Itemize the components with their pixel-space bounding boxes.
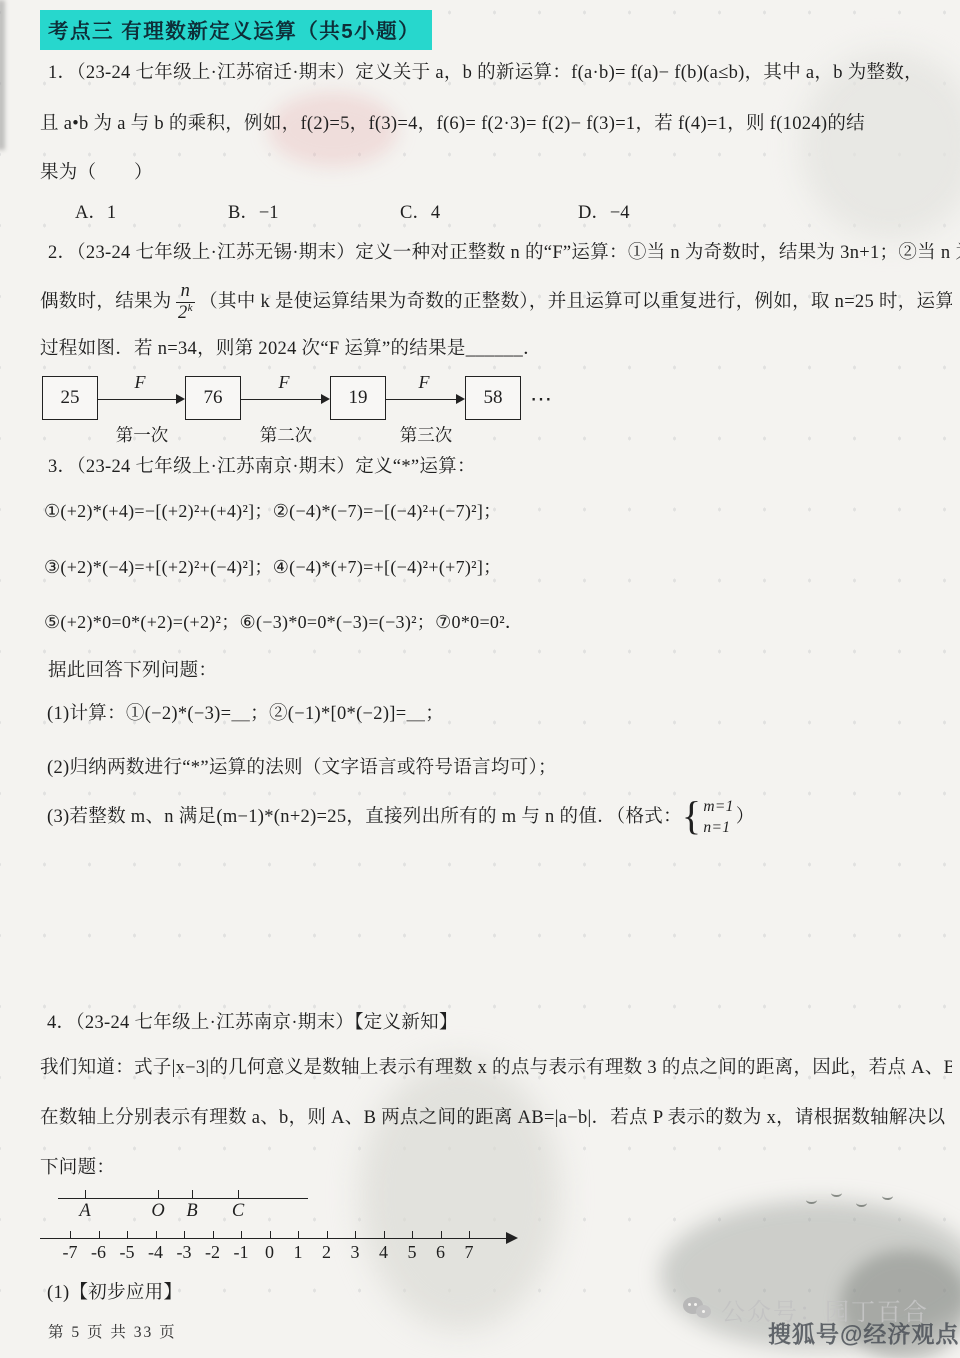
axis-tick-label: 0: [255, 1242, 285, 1263]
option-value: −1: [259, 203, 279, 223]
number-line-arrowhead: [506, 1232, 518, 1244]
q1-line3: 果为（ ）: [40, 162, 952, 185]
axis-tick: [298, 1231, 299, 1239]
axis-tick-label: B: [180, 1201, 204, 1222]
q2-line2: 偶数时，结果为 n 2k （其中 k 是使运算结果为奇数的正整数），并且运算可以…: [40, 280, 952, 326]
segment-base-line: [58, 1198, 308, 1199]
axis-tick-label: 7: [454, 1242, 484, 1263]
axis-tick-label: 3: [340, 1242, 370, 1263]
flow-caption-2: 第二次: [246, 422, 326, 447]
axis-tick: [270, 1231, 271, 1239]
wechat-icon: [683, 1297, 713, 1323]
axis-tick: [384, 1231, 385, 1239]
q2-line3: 过程如图．若 n=34，则第 2024 次“F 运算”的结果是______．: [40, 338, 952, 361]
axis-tick: [158, 1190, 159, 1199]
option-value: 1: [107, 203, 116, 223]
axis-tick: [213, 1231, 214, 1239]
q3-formula-2: ③(+2)*(−4)=+[(+2)²+(−4)²]；④(−4)*(+7)=+[(…: [44, 556, 956, 579]
q1-line1: 1．（23-24 七年级上·江苏宿迁·期末）定义关于 a，b 的新运算：f(a·…: [48, 62, 960, 85]
axis-tick: [469, 1231, 470, 1239]
axis-tick-label: -7: [55, 1242, 85, 1263]
axis-tick-label: -5: [112, 1242, 142, 1263]
axis-tick-label: O: [146, 1201, 170, 1222]
axis-tick-label: A: [73, 1201, 97, 1222]
axis-tick-label: 2: [312, 1242, 342, 1263]
fraction-n-over-2k: n 2k: [176, 282, 196, 324]
q3-prompt: 据此回答下列问题：: [48, 660, 960, 683]
option-label: B．: [228, 203, 259, 223]
q4-header: 4．（23-24 七年级上·江苏南京·期末）【定义新知】: [47, 1012, 959, 1035]
axis-tick: [441, 1231, 442, 1239]
flow-arrow-1: [98, 399, 183, 400]
q4-line1: 我们知道：式子|x−3|的几何意义是数轴上表示有理数 x 的点与表示有理数 3 …: [40, 1057, 952, 1080]
q3-part3-close: ）: [736, 806, 755, 829]
brace-open: {: [682, 798, 702, 834]
q1-line2: 且 a•b 为 a 与 b 的乘积，例如，f(2)=5，f(3)=4，f(6)=…: [40, 113, 952, 136]
flow-arrow-label-1: F: [130, 372, 150, 393]
scan-edge-shadow: [0, 0, 5, 150]
axis-tick: [85, 1190, 86, 1199]
fraction-numerator: n: [176, 282, 196, 303]
flow-box-3: 19: [330, 376, 386, 420]
axis-tick: [327, 1231, 328, 1239]
q2-line2-post: （其中 k 是使运算结果为奇数的正整数），并且运算可以重复进行，例如，取 n=2…: [199, 291, 952, 314]
q3-part1: (1)计算：①(−2)*(−3)=＿；②(−1)*[0*(−2)]=＿；: [47, 703, 959, 726]
number-line-base: [40, 1238, 508, 1239]
axis-tick-label: -4: [141, 1242, 171, 1263]
flow-box-2: 76: [185, 376, 241, 420]
den-base: 2: [178, 304, 188, 324]
flow-ellipsis: ⋯: [530, 386, 554, 412]
axis-tick: [70, 1231, 71, 1239]
q3-part2: (2)归纳两数进行“*”运算的法则（文字语言或符号语言均可）；: [47, 757, 959, 780]
bird-mark: [856, 1199, 867, 1207]
option-label: C．: [400, 203, 431, 223]
sohu-watermark: 搜狐号@经济观点: [768, 1316, 959, 1349]
option-label: A．: [75, 203, 107, 223]
axis-tick: [238, 1190, 239, 1199]
flow-arrow-3: [386, 399, 463, 400]
q4-line2: 在数轴上分别表示有理数 a、b，则 A、B 两点之间的距离 AB=|a−b|．若…: [40, 1107, 952, 1130]
bird-mark: [831, 1189, 842, 1197]
axis-tick: [355, 1231, 356, 1239]
axis-tick-label: 1: [283, 1242, 313, 1263]
axis-tick-label: -3: [169, 1242, 199, 1263]
q1-option-a: A．1: [75, 198, 116, 224]
bird-mark: [806, 1196, 817, 1204]
axis-tick-label: -6: [84, 1242, 114, 1263]
axis-tick-label: -1: [226, 1242, 256, 1263]
q1-option-c: C．4: [400, 198, 440, 224]
axis-tick-label: 5: [397, 1242, 427, 1263]
axis-tick: [184, 1231, 185, 1239]
q1-option-d: D．−4: [578, 198, 630, 224]
page-number: 第 5 页 共 33 页: [48, 1320, 177, 1342]
axis-tick-label: 6: [426, 1242, 456, 1263]
den-exponent: k: [188, 302, 193, 314]
fraction-denominator: 2k: [178, 303, 193, 324]
q3-part3-text: (3)若整数 m、n 满足(m−1)*(n+2)=25，直接列出所有的 m 与 …: [47, 806, 682, 829]
q3-line1: 3．（23-24 七年级上·江苏南京·期末）定义“*”运算：: [48, 456, 960, 479]
section-title: 考点三 有理数新定义运算（共5小题）: [40, 10, 432, 50]
axis-tick-label: C: [226, 1201, 250, 1222]
axis-tick: [192, 1190, 193, 1199]
axis-tick: [127, 1231, 128, 1239]
brace-line-1: m=1: [703, 797, 733, 818]
axis-tick: [156, 1231, 157, 1239]
q3-formula-3: ⑤(+2)*0=0*(+2)=(+2)²；⑥(−3)*0=0*(−3)=(−3)…: [44, 611, 956, 634]
flow-arrow-2: [241, 399, 328, 400]
option-value: 4: [431, 203, 440, 223]
worksheet-page: 考点三 有理数新定义运算（共5小题） 1．（23-24 七年级上·江苏宿迁·期末…: [0, 0, 960, 1358]
f-operation-flow-diagram: 25 76 19 58 F F F 第一次 第二次 第三次 ⋯: [42, 370, 622, 448]
flow-box-1: 25: [42, 376, 98, 420]
brace-values: m=1 n=1: [703, 797, 733, 839]
flow-caption-3: 第三次: [386, 422, 466, 447]
bird-mark: [882, 1192, 893, 1200]
brace-line-2: n=1: [703, 818, 733, 839]
flow-arrow-label-2: F: [274, 372, 294, 393]
option-value: −4: [610, 203, 630, 223]
q2-line1: 2．（23-24 七年级上·江苏无锡·期末）定义一种对正整数 n 的“F”运算：…: [48, 242, 960, 265]
flow-caption-1: 第一次: [102, 422, 182, 447]
q4-line3: 下问题：: [40, 1157, 952, 1180]
q1-option-b: B．−1: [228, 198, 279, 224]
axis-tick: [412, 1231, 413, 1239]
q3-part3: (3)若整数 m、n 满足(m−1)*(n+2)=25，直接列出所有的 m 与 …: [47, 790, 959, 846]
axis-tick: [99, 1231, 100, 1239]
axis-tick: [241, 1231, 242, 1239]
number-line: -7-6-5-4-3-2-101234567: [40, 1226, 545, 1272]
axis-tick-label: 4: [369, 1242, 399, 1263]
flow-arrow-label-3: F: [414, 372, 434, 393]
q2-line2-pre: 偶数时，结果为: [40, 291, 172, 314]
option-label: D．: [578, 203, 610, 223]
segment-line-aobc: AOBC: [58, 1186, 308, 1224]
axis-tick-label: -2: [198, 1242, 228, 1263]
q3-formula-1: ①(+2)*(+4)=−[(+2)²+(+4)²]；②(−4)*(−7)=−[(…: [44, 500, 956, 523]
flow-box-4: 58: [465, 376, 521, 420]
